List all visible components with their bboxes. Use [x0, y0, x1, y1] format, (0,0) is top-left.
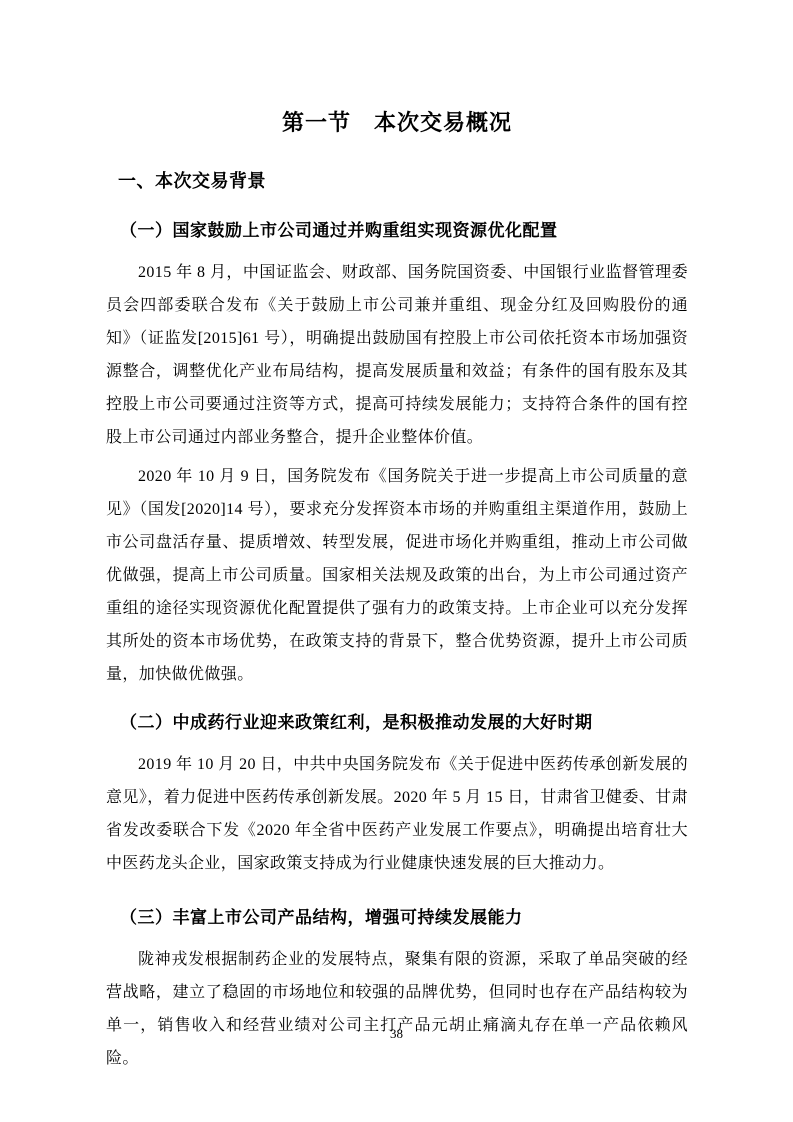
subsection-2-paragraph-1: 2019 年 10 月 20 日，中共中央国务院发布《关于促进中医药传承创新发展…	[106, 748, 688, 880]
subsection-heading-1: （一）国家鼓励上市公司通过并购重组实现资源优化配置	[120, 219, 688, 242]
subsection-3-paragraph-1: 陇神戎发根据制药企业的发展特点，聚集有限的资源，采取了单品突破的经营战略，建立了…	[106, 943, 688, 1075]
subsection-1-paragraph-2: 2020 年 10 月 9 日，国务院发布《国务院关于进一步提高上市公司质量的意…	[106, 460, 688, 691]
subsection-1-paragraph-1: 2015 年 8 月，中国证监会、财政部、国务院国资委、中国银行业监督管理委员会…	[106, 256, 688, 454]
page-number: 38	[0, 1026, 793, 1042]
document-page: 第一节 本次交易概况 一、本次交易背景 （一）国家鼓励上市公司通过并购重组实现资…	[0, 0, 793, 1122]
page-title: 第一节 本次交易概况	[106, 108, 688, 137]
section-heading-background: 一、本次交易背景	[118, 169, 688, 193]
subsection-heading-3: （三）丰富上市公司产品结构，增强可持续发展能力	[120, 906, 688, 929]
subsection-heading-2: （二）中成药行业迎来政策红利，是积极推动发展的大好时期	[120, 711, 688, 734]
